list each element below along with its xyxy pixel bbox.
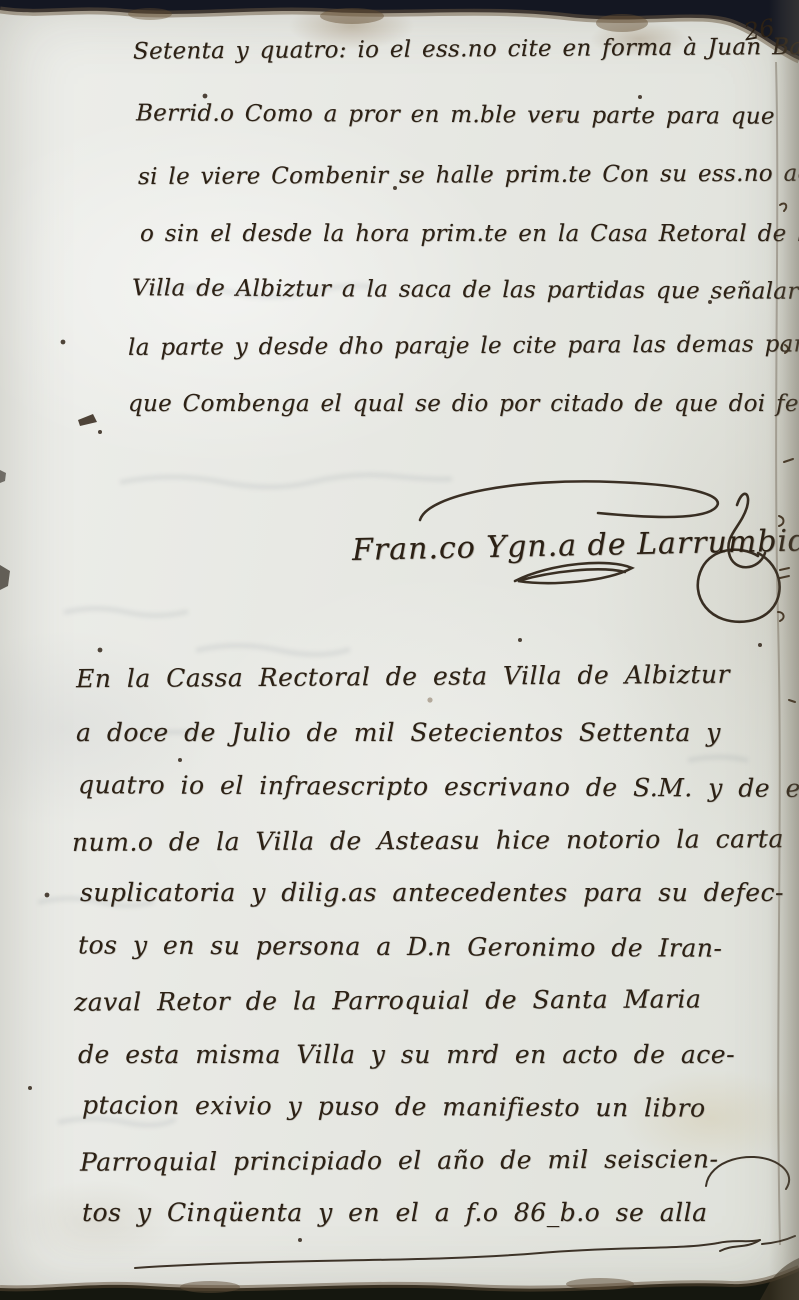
manuscript-line: a doce de Julio de mil Setecientos Sette… xyxy=(76,718,721,747)
manuscript-line: zaval Retor de la Parroquial de Santa Ma… xyxy=(74,984,702,1016)
manuscript-line: quatro io el infraescripto escrivano de … xyxy=(78,770,799,803)
manuscript-line: o sin el desde la hora prim.te en la Cas… xyxy=(140,221,799,247)
bottom-edge-shadow xyxy=(0,1258,799,1300)
manuscript-line: ptacion exivio y puso de manifiesto un l… xyxy=(82,1090,706,1122)
manuscript-line: que Combenga el qual se dio por citado d… xyxy=(128,391,799,417)
manuscript-line: la parte y desde dho paraje le cite para… xyxy=(128,331,799,361)
manuscript-line: Berrid.o Como a pror en m.ble veru parte… xyxy=(136,100,775,129)
manuscript-line: tos y en su persona a D.n Geronimo de Ir… xyxy=(78,930,722,962)
manuscript-page: 26 Setenta y quatro: io el ess.no cite e… xyxy=(0,0,799,1300)
manuscript-line: si le viere Combenir se halle prim.te Co… xyxy=(138,160,799,190)
manuscript-line: En la Cassa Rectoral de esta Villa de Al… xyxy=(76,660,730,694)
manuscript-line: de esta misma Villa y su mrd en acto de … xyxy=(78,1040,735,1069)
manuscript-line: Setenta y quatro: io el ess.no cite en f… xyxy=(133,33,799,64)
manuscript-line: Villa de Albiztur a la saca de las parti… xyxy=(132,275,799,305)
manuscript-line: num.o de la Villa de Asteasu hice notori… xyxy=(72,824,784,857)
manuscript-line: Parroquial principiado el año de mil sei… xyxy=(80,1144,719,1176)
manuscript-line: tos y Cinqüenta y en el a f.o 86_b.o se … xyxy=(82,1198,708,1227)
manuscript-line: suplicatoria y dilig.as antecedentes par… xyxy=(80,878,784,907)
